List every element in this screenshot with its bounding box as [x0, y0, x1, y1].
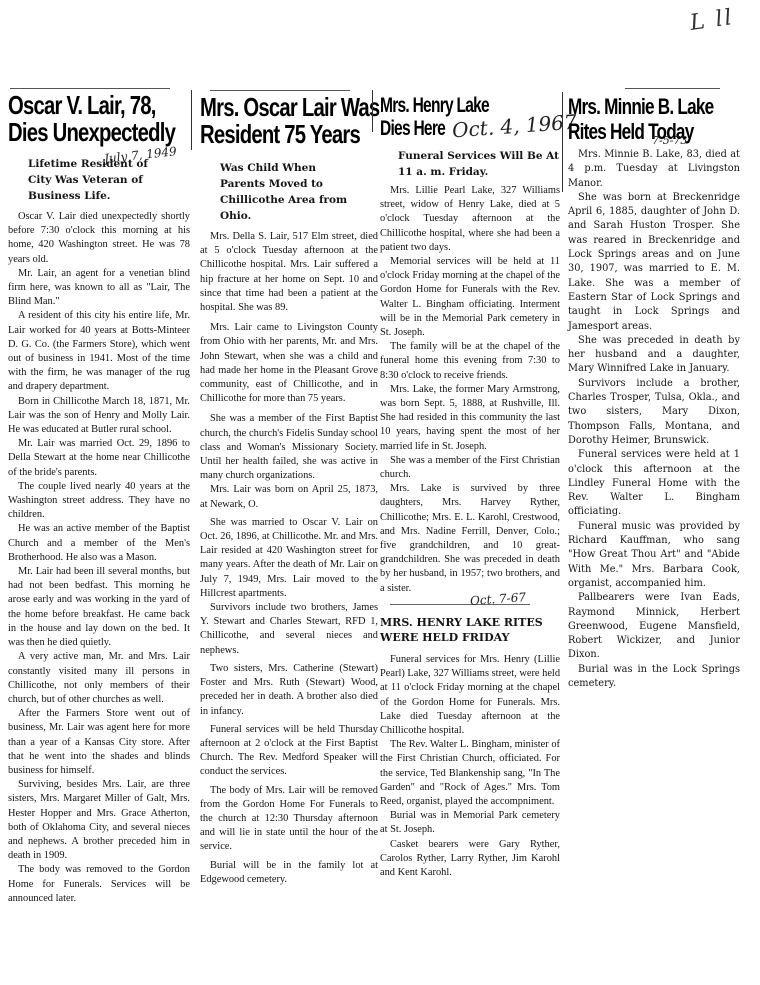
page-number-mark: L ll — [688, 5, 735, 36]
subdeck: Lifetime Resident of City Was Veteran of… — [28, 156, 170, 204]
headline-line-1: Oscar V. Lair, 78, — [8, 92, 150, 119]
paragraph: Burial will be in the family lot at Edge… — [200, 859, 378, 887]
paragraph: Mr. Lair, an agent for a venetian blind … — [8, 267, 190, 310]
paragraph: She was married to Oscar V. Lair on Oct.… — [200, 516, 378, 601]
top-rule — [625, 88, 720, 89]
paragraph: He was an active member of the Baptist C… — [8, 522, 190, 565]
paragraph: Surviving, besides Mrs. Lair, are three … — [8, 778, 190, 863]
paragraph: Mrs. Lake is survived by three daughters… — [380, 482, 560, 596]
paragraph: Mrs. Minnie B. Lake, 83, died at 4 p.m. … — [568, 148, 740, 191]
paragraph: Mr. Lair was married Oct. 29, 1896 to De… — [8, 437, 190, 480]
paragraph: She was a member of the First Baptist ch… — [200, 412, 378, 483]
paragraph: The Rev. Walter L. Bingham, minister of … — [380, 738, 560, 809]
paragraph: Born in Chillicothe March 18, 1871, Mr. … — [8, 395, 190, 438]
paragraph: Survivors include two brothers, James Y.… — [200, 601, 378, 658]
paragraph: Mrs. Lair came to Livingston County from… — [200, 321, 378, 406]
subdeck: Funeral Services Will Be At 11 a. m. Fri… — [398, 148, 560, 180]
paragraph: Survivors include a brother, Charles Tro… — [568, 377, 740, 448]
paragraph: Mrs. Lake, the former Mary Armstrong, wa… — [380, 383, 560, 454]
paragraph: Casket bearers were Gary Ryther, Carolos… — [380, 838, 560, 881]
headline-line-1: Mrs. Oscar Lair Was — [200, 94, 339, 121]
subdeck: Was Child When Parents Moved to Chillico… — [220, 160, 364, 224]
paragraph: Funeral music was provided by Richard Ka… — [568, 520, 740, 591]
article-della-lair: Mrs. Oscar Lair Was Resident 75 Years Wa… — [200, 94, 378, 887]
top-rule — [210, 90, 350, 91]
headline-line-1: Mrs. Henry Lake — [380, 94, 513, 117]
column-divider — [372, 90, 373, 132]
paragraph: She was born at Breckenridge April 6, 18… — [568, 191, 740, 334]
paragraph: Burial was in Memorial Park cemetery at … — [380, 809, 560, 837]
paragraph: The family will be at the chapel of the … — [380, 340, 560, 383]
paragraph: The couple lived nearly 40 years at the … — [8, 480, 190, 523]
paragraph: She was a member of the First Christian … — [380, 454, 560, 482]
paragraph: Mrs. Lillie Pearl Lake, 327 Williams str… — [380, 184, 560, 255]
paragraph: Mr. Lair had been ill several months, bu… — [8, 565, 190, 650]
paragraph: Funeral services for Mrs. Henry (Lillie … — [380, 653, 560, 738]
paragraph: Pallbearers were Ivan Eads, Raymond Minn… — [568, 591, 740, 662]
paragraph: Memorial services will be held at 11 o'c… — [380, 255, 560, 340]
paragraph: Mrs. Lair was born on April 25, 1873, at… — [200, 483, 378, 511]
paragraph: Burial was in the Lock Springs cemetery. — [568, 663, 740, 692]
handwritten-date: 7-5-73 — [652, 134, 687, 147]
headline-line-1: Mrs. Minnie B. Lake — [568, 94, 702, 119]
paragraph: Oscar V. Lair died unexpectedly shortly … — [8, 210, 190, 267]
paragraph: A resident of this city his entire life,… — [8, 309, 190, 394]
paragraph: She was preceded in death by her husband… — [568, 334, 740, 377]
top-rule — [10, 88, 170, 89]
paragraph: A very active man, Mr. and Mrs. Lair con… — [8, 650, 190, 707]
paragraph: After the Farmers Store went out of busi… — [8, 707, 190, 778]
column-divider — [562, 92, 563, 192]
followup-headline: MRS. HENRY LAKE RITES WERE HELD FRIDAY — [380, 615, 560, 645]
article-lillie-lake: Mrs. Henry Lake Dies Here Funeral Servic… — [380, 94, 560, 880]
paragraph: The body of Mrs. Lair will be removed fr… — [200, 784, 378, 855]
paragraph: The body was removed to the Gordon Home … — [8, 863, 190, 906]
paragraph: Funeral services were held at 1 o'clock … — [568, 448, 740, 519]
paragraph: Funeral services will be held Thursday a… — [200, 723, 378, 780]
article-minnie-lake: Mrs. Minnie B. Lake Rites Held Today Mrs… — [568, 94, 740, 691]
paragraph: Two sisters, Mrs. Catherine (Stewart) Fo… — [200, 662, 378, 719]
headline-line-2: Dies Unexpectedly — [8, 119, 150, 146]
headline-line-2: Resident 75 Years — [200, 121, 339, 148]
article-oscar-lair: Oscar V. Lair, 78, Dies Unexpectedly Lif… — [8, 92, 190, 906]
paragraph: Mrs. Della S. Lair, 517 Elm street, died… — [200, 230, 378, 315]
column-divider — [191, 90, 192, 150]
